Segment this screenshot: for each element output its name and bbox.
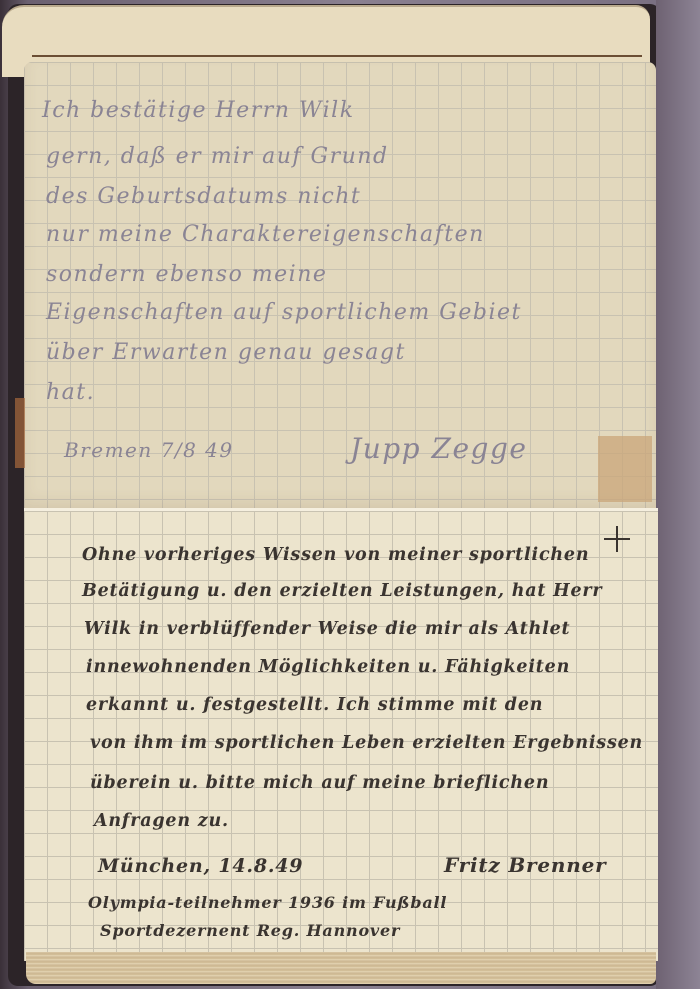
handwritten-line: Wilk in verblüffender Weise die mir als … — [84, 619, 570, 639]
handwritten-line: gern, daß er mir auf Grund — [46, 144, 389, 169]
signature: Jupp Zegge — [350, 432, 527, 465]
handwritten-line: über Erwarten genau gesagt — [46, 340, 406, 365]
credential-line: Olympia-teilnehmer 1936 im Fußball — [88, 893, 447, 912]
handwritten-line: Eigenschaften auf sportlichem Gebiet — [46, 300, 522, 325]
handwritten-line: Anfragen zu. — [94, 811, 229, 831]
handwritten-line: nur meine Charaktereigenschaften — [46, 222, 485, 247]
handwritten-line: Betätigung u. den erzielten Leistungen, … — [82, 581, 602, 601]
page-edges — [26, 952, 656, 984]
background-surface — [656, 0, 700, 989]
tape-stain — [598, 436, 652, 502]
handwritten-line: innewohnenden Möglichkeiten u. Fähigkeit… — [86, 657, 570, 677]
page-edge-line — [32, 55, 642, 57]
stain — [15, 398, 25, 468]
place-date: München, 14.8.49 — [98, 855, 303, 877]
handwritten-line: erkannt u. festgestellt. Ich stimme mit … — [86, 695, 543, 715]
handwritten-line: des Geburtsdatums nicht — [46, 184, 361, 209]
handwritten-line: hat. — [46, 380, 95, 405]
signature: Fritz Brenner — [444, 853, 606, 877]
handwritten-line: überein u. bitte mich auf meine brieflic… — [90, 773, 549, 793]
handwritten-line: Ich bestätige Herrn Wilk — [42, 98, 355, 123]
top-page: Ich bestätige Herrn Wilk gern, daß er mi… — [24, 62, 656, 510]
cross-mark-icon — [604, 526, 630, 552]
credential-line: Sportdezernent Reg. Hannover — [100, 921, 400, 940]
bottom-page: Ohne vorheriges Wissen von meiner sportl… — [24, 508, 658, 961]
handwritten-line: sondern ebenso meine — [46, 262, 327, 287]
handwritten-line: Ohne vorheriges Wissen von meiner sportl… — [82, 545, 589, 565]
place-date: Bremen 7/8 49 — [64, 438, 234, 462]
handwritten-line: von ihm im sportlichen Leben erzielten E… — [90, 733, 643, 753]
